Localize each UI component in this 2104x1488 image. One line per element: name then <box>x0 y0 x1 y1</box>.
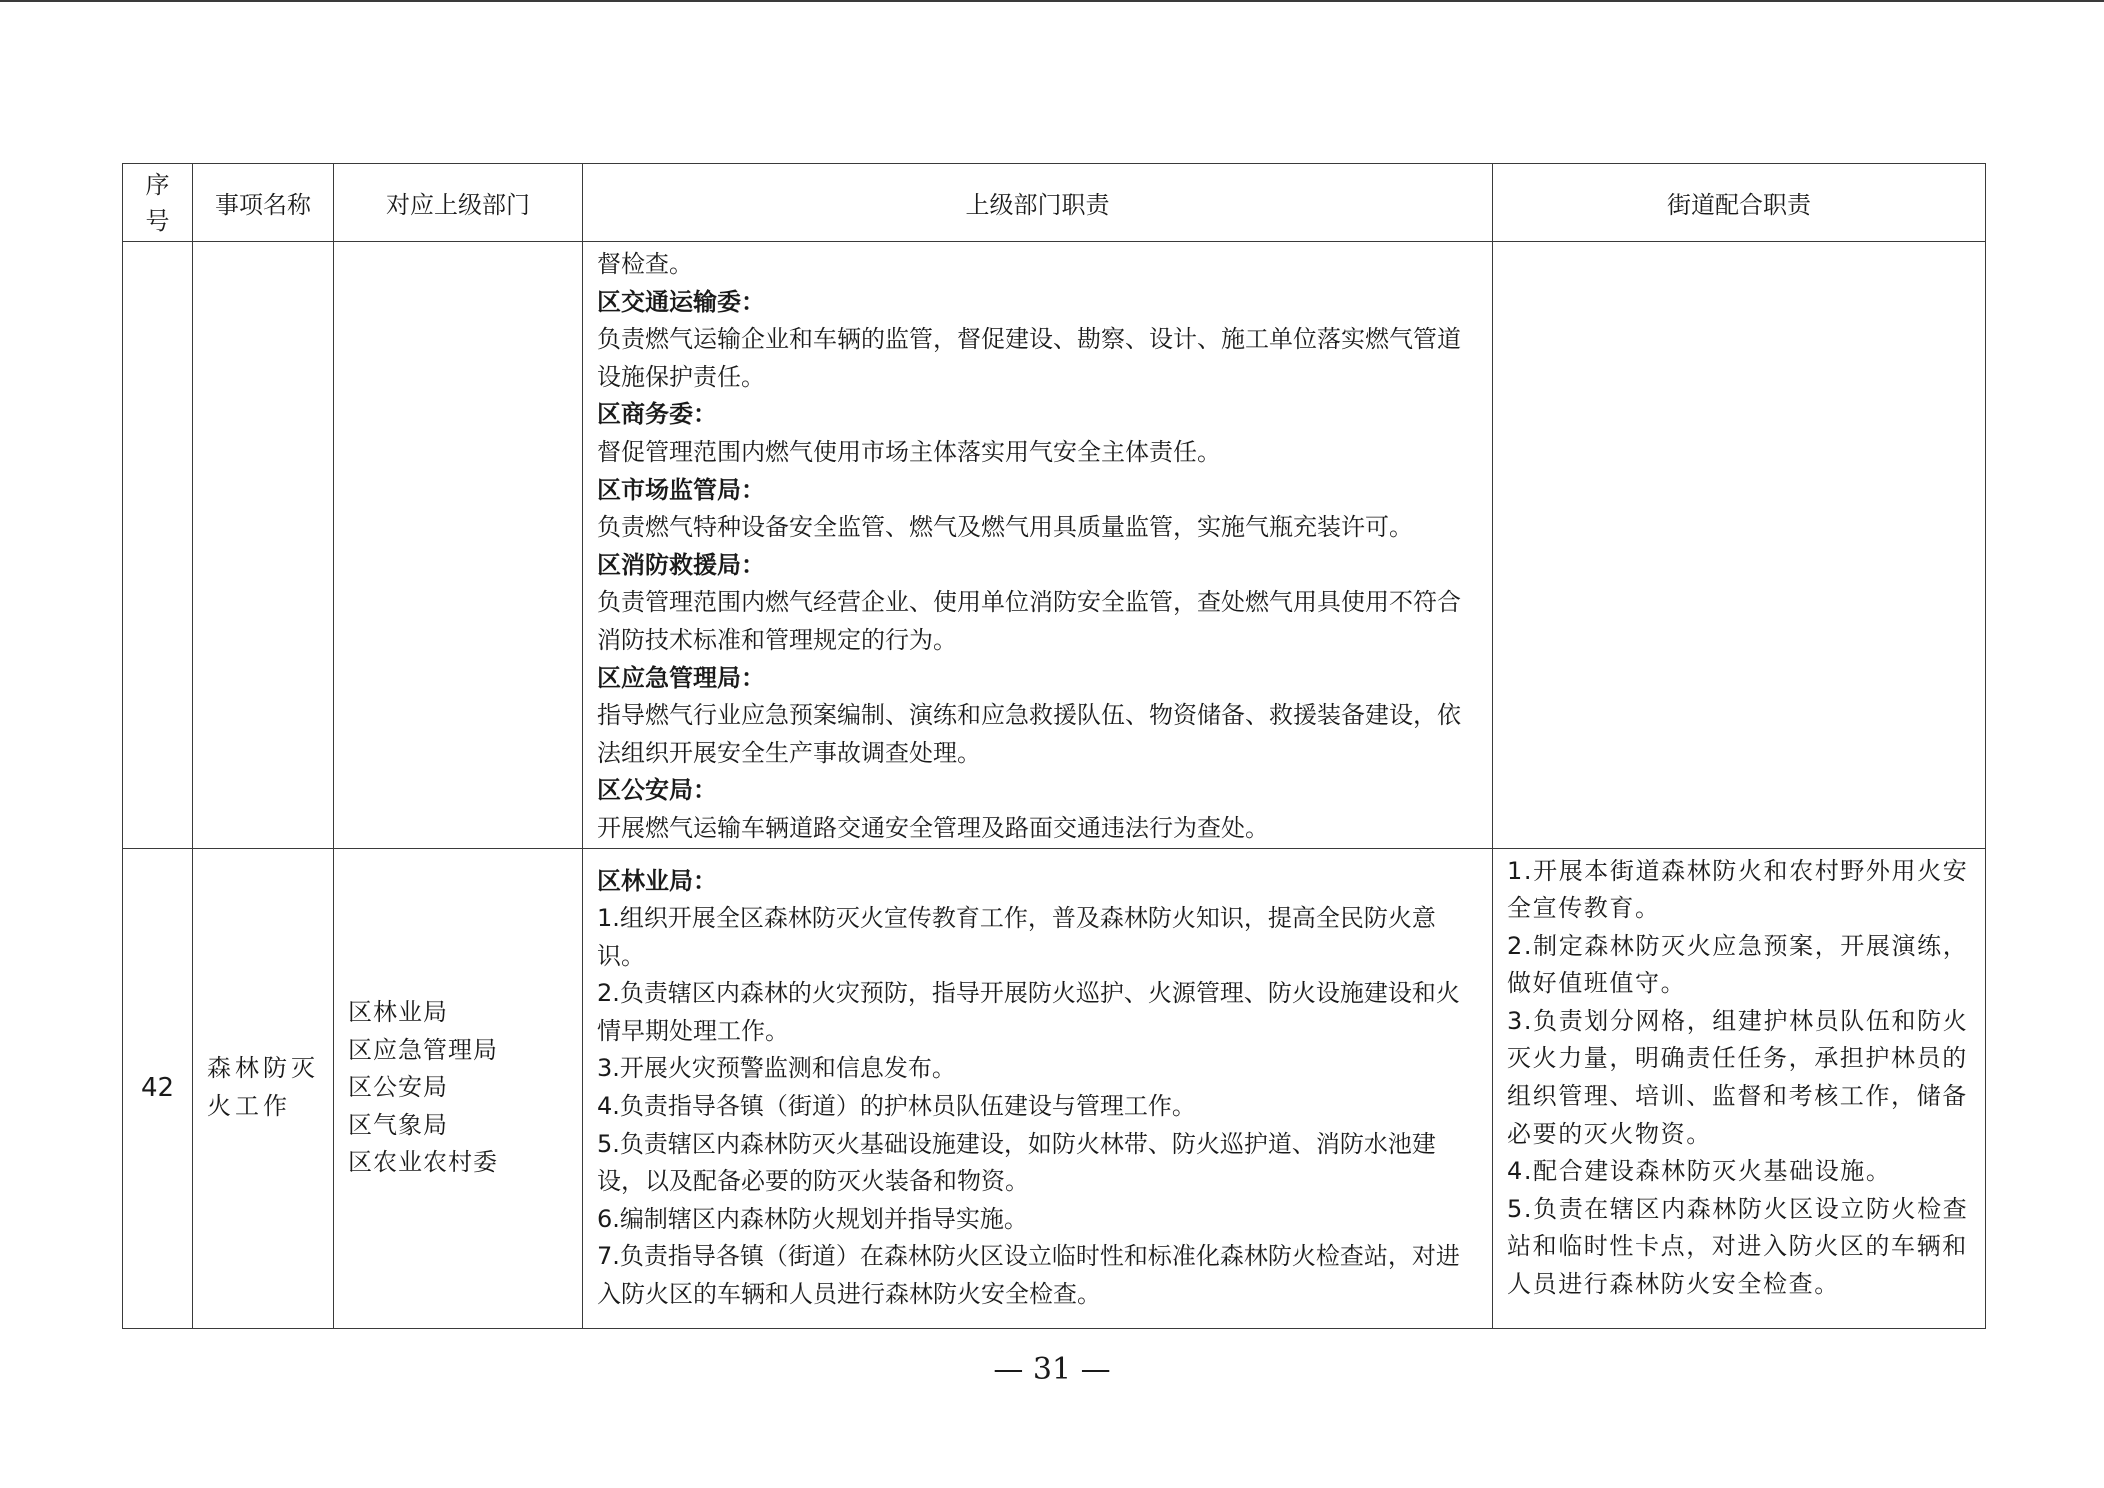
upper-duty-text: 区林业局： 1.组织开展全区森林防灭火宣传教育工作，普及森林防火知识，提高全民防… <box>583 849 1492 1314</box>
header-upper-duty: 上级部门职责 <box>583 164 1493 242</box>
upper-duty-text: 督检查。 区交通运输委： 负责燃气运输企业和车辆的监管，督促建设、勘察、设计、施… <box>583 242 1492 848</box>
dept-item: 区应急管理局 <box>348 1032 568 1070</box>
street-duty-cell <box>1493 242 1986 849</box>
duty-line: 督促管理范围内燃气使用市场主体落实用气安全主体责任。 <box>597 434 1478 472</box>
dept-item: 区气象局 <box>348 1107 568 1145</box>
duty-line: 2.负责辖区内森林的火灾预防，指导开展防火巡护、火源管理、防火设施建设和火情早期… <box>597 975 1478 1050</box>
upper-duty-cell: 督检查。 区交通运输委： 负责燃气运输企业和车辆的监管，督促建设、勘察、设计、施… <box>583 242 1493 849</box>
street-duty-line: 3.负责划分网格，组建护林员队伍和防火灭火力量，明确责任任务，承担护林员的组织管… <box>1507 1003 1971 1153</box>
street-duty-text: 1.开展本街道森林防火和农村野外用火安全宣传教育。 2.制定森林防灭火应急预案，… <box>1493 849 1985 1304</box>
duty-line: 7.负责指导各镇（街道）在森林防火区设立临时性和标准化森林防火检查站，对进入防火… <box>597 1238 1478 1313</box>
street-duty-line: 1.开展本街道森林防火和农村野外用火安全宣传教育。 <box>1507 853 1971 928</box>
upper-dept-cell: 区林业局 区应急管理局 区公安局 区气象局 区农业农村委 <box>334 848 583 1328</box>
header-item-name: 事项名称 <box>193 164 334 242</box>
duty-line: 3.开展火灾预警监测和信息发布。 <box>597 1050 1478 1088</box>
header-street-duty: 街道配合职责 <box>1493 164 1986 242</box>
duty-line: 1.组织开展全区森林防灭火宣传教育工作，普及森林防火知识，提高全民防火意识。 <box>597 900 1478 975</box>
dept-item: 区公安局 <box>348 1069 568 1107</box>
org-heading: 区商务委： <box>597 396 1478 434</box>
duty-line: 5.负责辖区内森林防灭火基础设施建设，如防火林带、防火巡护道、消防水池建设，以及… <box>597 1126 1478 1201</box>
dept-item: 区林业局 <box>348 994 568 1032</box>
duty-line: 负责燃气运输企业和车辆的监管，督促建设、勘察、设计、施工单位落实燃气管道设施保护… <box>597 321 1478 396</box>
seq-cell <box>123 242 193 849</box>
duty-line: 指导燃气行业应急预案编制、演练和应急救援队伍、物资储备、救援装备建设，依法组织开… <box>597 697 1478 772</box>
header-seq: 序号 <box>123 164 193 242</box>
upper-dept-cell <box>334 242 583 849</box>
street-duty-line: 2.制定森林防灭火应急预案，开展演练，做好值班值守。 <box>1507 928 1971 1003</box>
header-upper-dept: 对应上级部门 <box>334 164 583 242</box>
duty-line: 负责燃气特种设备安全监管、燃气及燃气用具质量监管，实施气瓶充装许可。 <box>597 509 1478 547</box>
item-name-text: 森林防灭火工作 <box>193 1050 333 1125</box>
org-heading: 区应急管理局： <box>597 660 1478 698</box>
street-duty-line: 5.负责在辖区内森林防火区设立防火检查站和临时性卡点，对进入防火区的车辆和人员进… <box>1507 1191 1971 1304</box>
page-top-border <box>0 0 2104 2</box>
table-row: 督检查。 区交通运输委： 负责燃气运输企业和车辆的监管，督促建设、勘察、设计、施… <box>123 242 1986 849</box>
item-name-cell <box>193 242 334 849</box>
item-name-cell: 森林防灭火工作 <box>193 848 334 1328</box>
duty-line: 4.负责指导各镇（街道）的护林员队伍建设与管理工作。 <box>597 1088 1478 1126</box>
street-duty-cell: 1.开展本街道森林防火和农村野外用火安全宣传教育。 2.制定森林防灭火应急预案，… <box>1493 848 1986 1328</box>
dept-list: 区林业局 区应急管理局 区公安局 区气象局 区农业农村委 <box>334 994 582 1182</box>
org-heading: 区消防救援局： <box>597 547 1478 585</box>
duty-line: 6.编制辖区内森林防火规划并指导实施。 <box>597 1201 1478 1239</box>
dept-item: 区农业农村委 <box>348 1144 568 1182</box>
duty-table: 序号 事项名称 对应上级部门 上级部门职责 街道配合职责 督检查。 区交通运输委… <box>122 163 1986 1329</box>
table-row: 42 森林防灭火工作 区林业局 区应急管理局 区公安局 区气象局 区农业农村委 … <box>123 848 1986 1328</box>
duty-line: 负责管理范围内燃气经营企业、使用单位消防安全监管，查处燃气用具使用不符合消防技术… <box>597 584 1478 659</box>
duty-line: 开展燃气运输车辆道路交通安全管理及路面交通违法行为查处。 <box>597 810 1478 848</box>
org-heading: 区交通运输委： <box>597 284 1478 322</box>
duty-line: 督检查。 <box>597 246 1478 284</box>
seq-cell: 42 <box>123 848 193 1328</box>
street-duty-line: 4.配合建设森林防灭火基础设施。 <box>1507 1153 1971 1191</box>
upper-duty-cell: 区林业局： 1.组织开展全区森林防灭火宣传教育工作，普及森林防火知识，提高全民防… <box>583 848 1493 1328</box>
org-heading: 区市场监管局： <box>597 472 1478 510</box>
page-number: — 31 — <box>0 1352 2104 1387</box>
org-heading: 区林业局： <box>597 863 1478 901</box>
org-heading: 区公安局： <box>597 772 1478 810</box>
table-header-row: 序号 事项名称 对应上级部门 上级部门职责 街道配合职责 <box>123 164 1986 242</box>
